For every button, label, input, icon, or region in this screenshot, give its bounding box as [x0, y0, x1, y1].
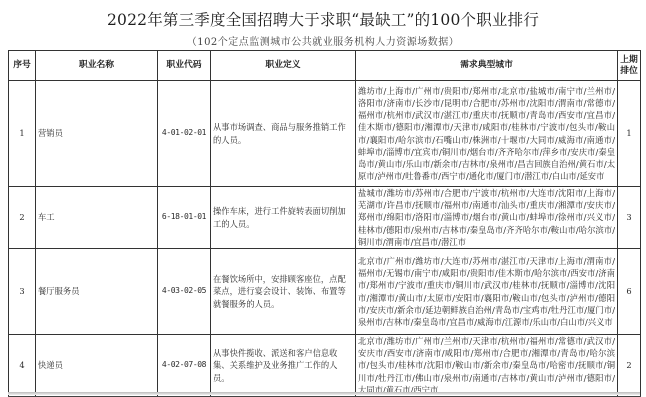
cell-occupation-name: 快递员 [36, 335, 158, 397]
cell-prev-rank: 1 [618, 81, 641, 187]
cell-index: 4 [9, 335, 36, 397]
cell-definition: 在餐饮场所中，安排顾客座位，点配菜点，进行宴会设计、装饰、布置等就餐服务的人员。 [211, 249, 356, 335]
ranking-table: 序号 职业名称 职业代码 职业定义 需求典型城市 上期排位 1 营销员 4-01… [8, 50, 641, 397]
cell-definition: 从事市场调查、商品与服务推销工作的人员。 [211, 81, 356, 187]
header-index: 序号 [9, 51, 36, 81]
cell-occupation-code: 4-02-07-08 [158, 335, 211, 397]
cell-occupation-code: 6-18-01-01 [158, 187, 211, 249]
table-row: 4 快递员 4-02-07-08 从事快件揽收、派送和客户信息收集、关系维护及业… [9, 335, 641, 397]
cell-cities: 北京市/广州市/潍坊市/大连市/苏州市/湛江市/天津市/上海市/渭南市/福州市/… [356, 249, 618, 335]
table-bottom-shadow [8, 392, 640, 395]
cell-occupation-name: 车工 [36, 187, 158, 249]
cell-cities: 盐城市/潍坊市/苏州市/合肥市/宁波市/杭州市/大连市/沈阳市/上海市/芜湖市/… [356, 187, 618, 249]
table-header-row: 序号 职业名称 职业代码 职业定义 需求典型城市 上期排位 [9, 51, 641, 81]
header-prev-rank: 上期排位 [618, 51, 641, 81]
cell-occupation-code: 4-03-02-05 [158, 249, 211, 335]
cell-definition: 从事快件揽收、派送和客户信息收集、关系维护及业务推广工作的人员。 [211, 335, 356, 397]
cell-prev-rank: 6 [618, 249, 641, 335]
table-row: 2 车工 6-18-01-01 操作车床，进行工件旋转表面切削加工的人员。 盐城… [9, 187, 641, 249]
header-name: 职业名称 [36, 51, 158, 81]
cell-occupation-name: 营销员 [36, 81, 158, 187]
cell-prev-rank: 2 [618, 335, 641, 397]
header-definition: 职业定义 [211, 51, 356, 81]
cell-index: 3 [9, 249, 36, 335]
cell-prev-rank: 3 [618, 187, 641, 249]
table-row: 1 营销员 4-01-02-01 从事市场调查、商品与服务推销工作的人员。 潍坊… [9, 81, 641, 187]
table-row: 3 餐厅服务员 4-03-02-05 在餐饮场所中，安排顾客座位，点配菜点，进行… [9, 249, 641, 335]
cell-index: 2 [9, 187, 36, 249]
document-subtitle: （102个定点监测城市公共就业服务机构人力资源场数据） [0, 33, 646, 48]
cell-occupation-code: 4-01-02-01 [158, 81, 211, 187]
cell-cities: 潍坊市/上海市/广州市/贵阳市/郑州市/北京市/盐城市/南宁市/兰州市/洛阳市/… [356, 81, 618, 187]
cell-index: 1 [9, 81, 36, 187]
header-code: 职业代码 [158, 51, 211, 81]
header-cities: 需求典型城市 [356, 51, 618, 81]
cell-occupation-name: 餐厅服务员 [36, 249, 158, 335]
cell-cities: 北京市/潍坊市/广州市/兰州市/天津市/杭州市/福州市/常德市/武汉市/安庆市/… [356, 335, 618, 397]
document-title: 2022年第三季度全国招聘大于求职“最缺工”的100个职业排行 [0, 8, 646, 30]
cell-definition: 操作车床，进行工件旋转表面切削加工的人员。 [211, 187, 356, 249]
